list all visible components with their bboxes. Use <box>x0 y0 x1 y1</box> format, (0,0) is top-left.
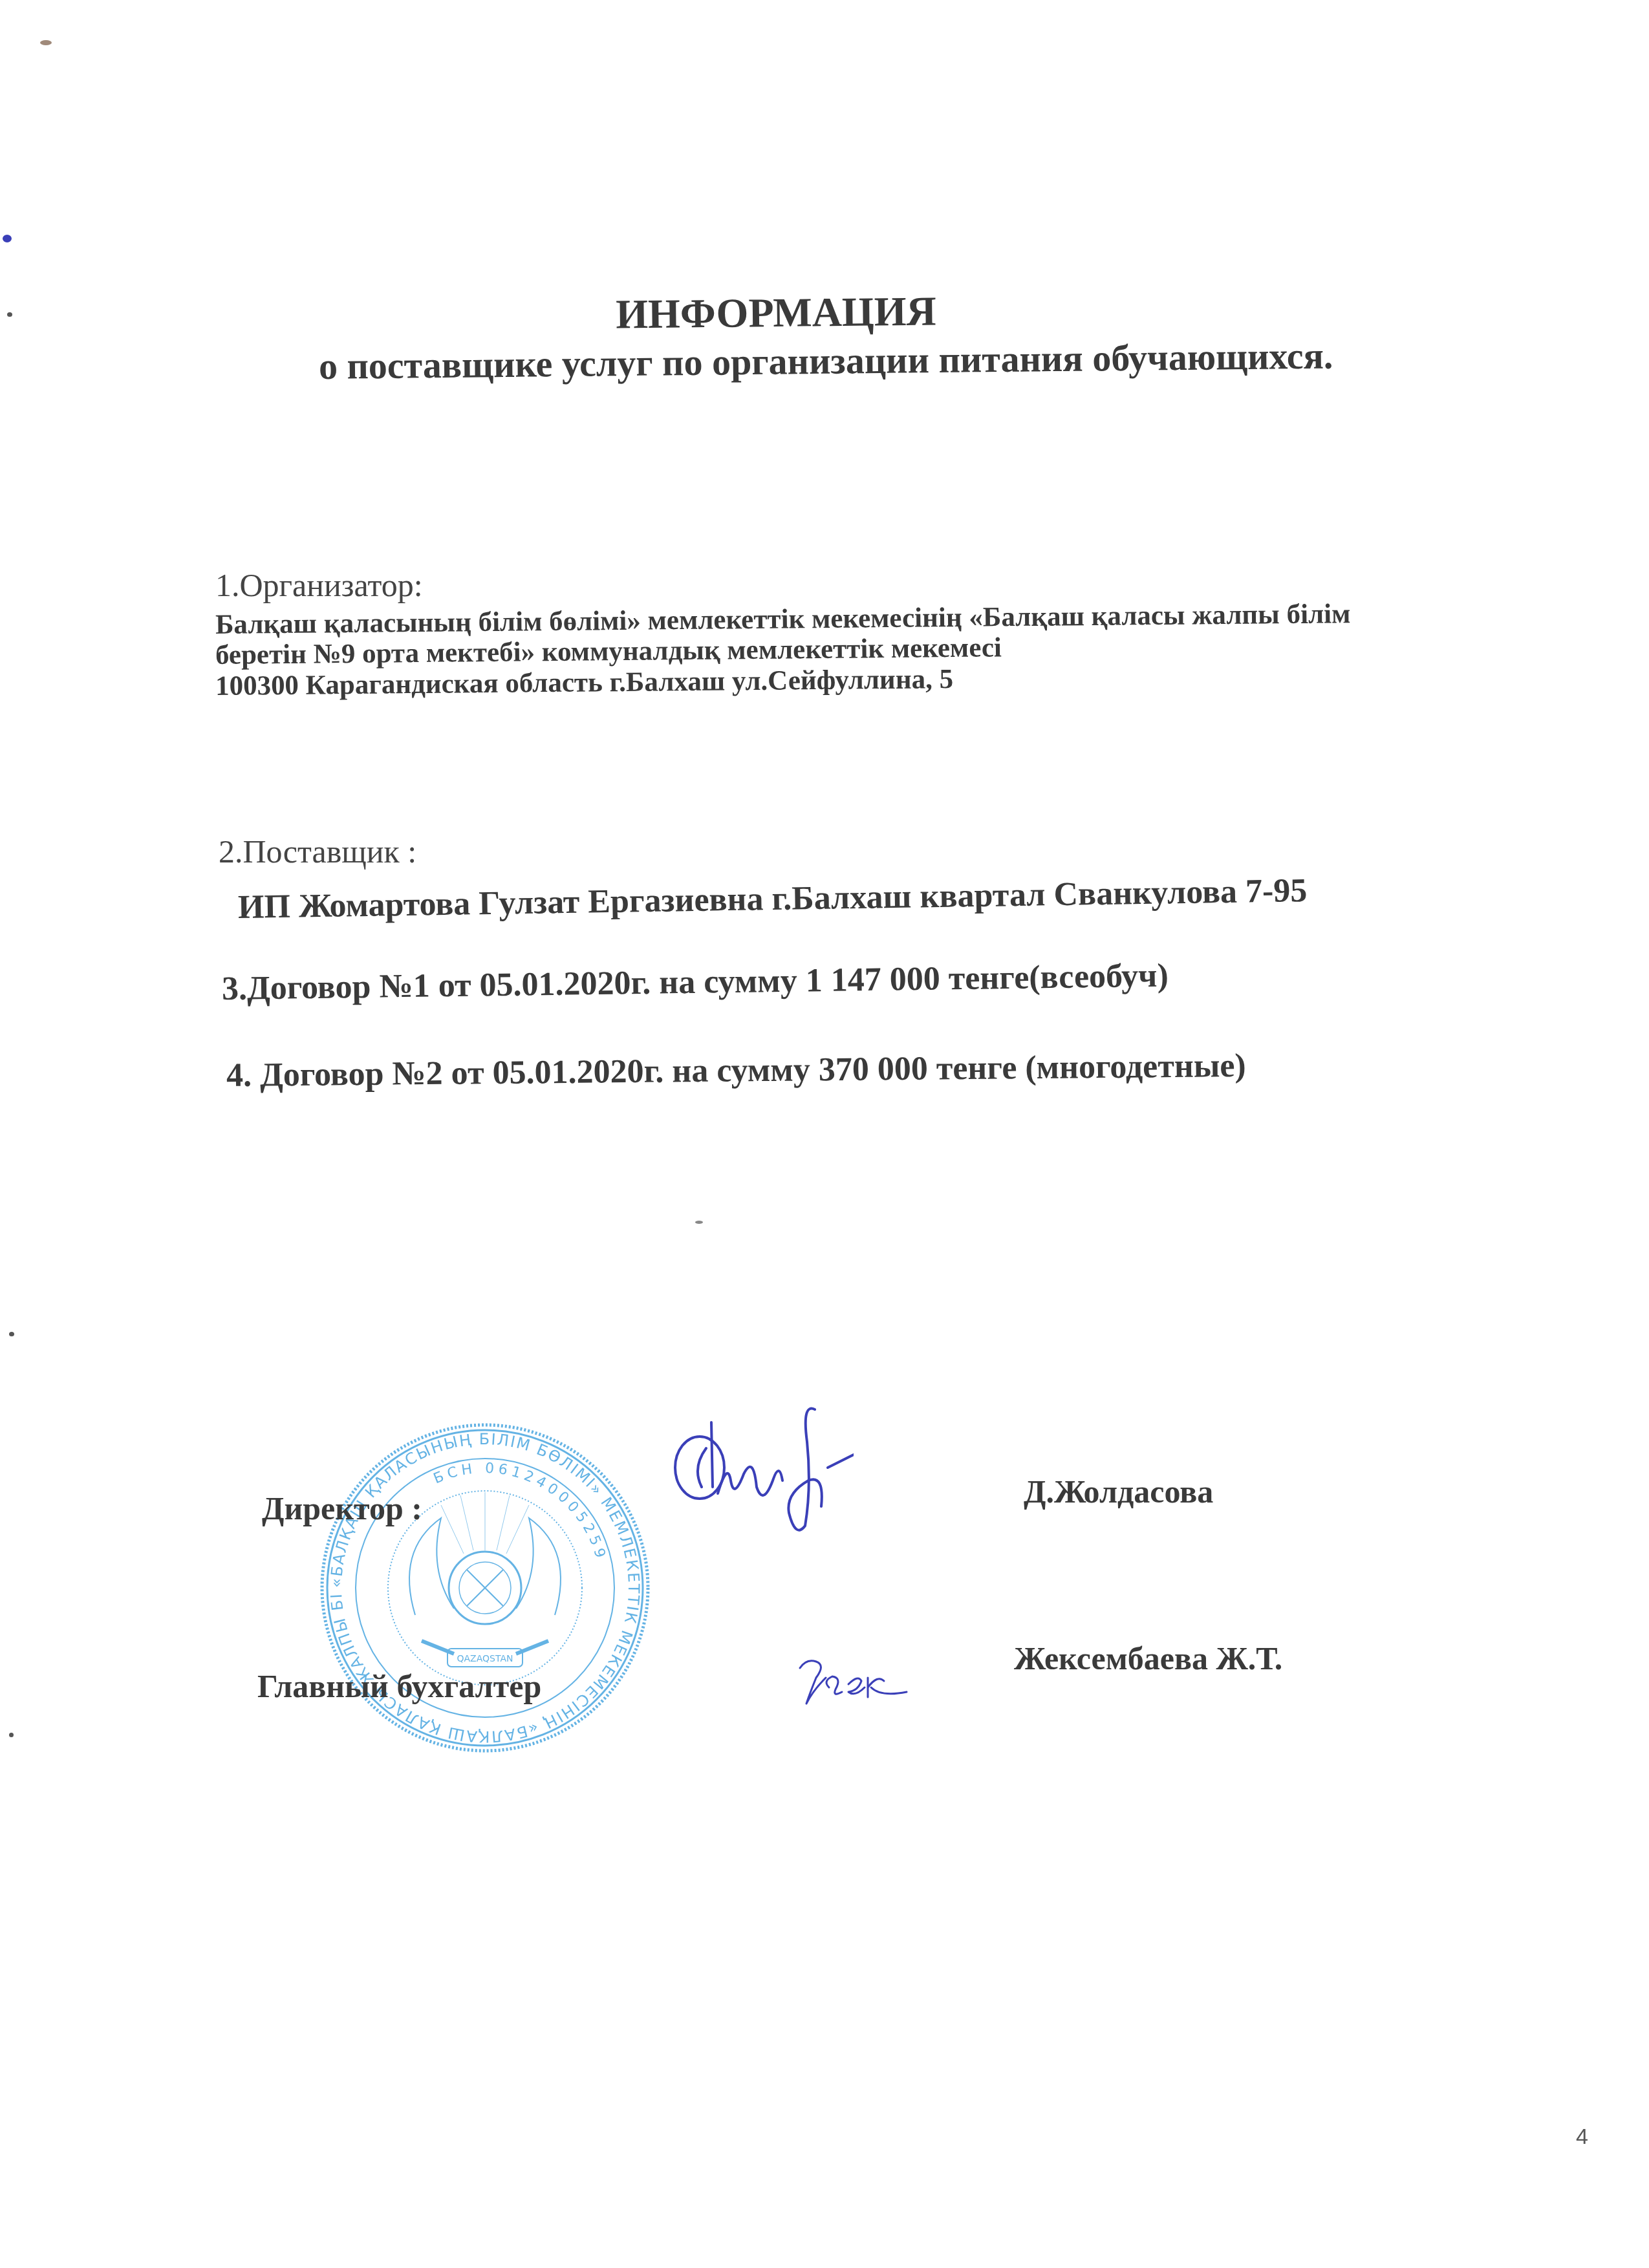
scan-artifact <box>7 312 12 317</box>
organizer-address: 100300 Карагандиская область г.Балхаш ул… <box>215 665 953 700</box>
page-number: 4 <box>1576 2126 1588 2148</box>
document-title: ИНФОРМАЦИЯ <box>0 284 1552 341</box>
scan-artifact <box>40 40 52 45</box>
official-seal-stamp: «БАЛҚАШ ҚАЛАСЫНЫҢ БІЛІМ БӨЛІМІ» МЕМЛЕКЕТ… <box>318 1421 652 1755</box>
contract-1: 3.Договор №1 от 05.01.2020г. на сумму 1 … <box>222 959 1169 1006</box>
director-name: Д.Жолдасова <box>1024 1475 1213 1508</box>
director-role-label: Директор : <box>262 1492 422 1524</box>
document-subtitle: о поставщике услуг по организации питани… <box>319 337 1333 385</box>
contract-2: 4. Договор №2 от 05.01.2020г. на сумму 3… <box>226 1049 1246 1093</box>
accountant-role-label: Главный бухгалтер <box>257 1670 541 1702</box>
organizer-line-1: Балқаш қаласының білім бөлімі» мемлекетт… <box>215 600 1351 639</box>
supplier-label: 2.Поставщик : <box>219 835 416 868</box>
scan-artifact <box>695 1221 703 1224</box>
scan-artifact <box>9 1332 14 1336</box>
accountant-signature <box>797 1652 913 1710</box>
supplier-details: ИП Жомартова Гулзат Ергазиевна г.Балхаш … <box>238 874 1308 925</box>
organizer-label: 1.Организатор: <box>215 569 423 601</box>
scan-artifact <box>9 1733 14 1737</box>
accountant-name: Жексембаева Ж.Т. <box>1014 1642 1282 1674</box>
stamp-emblem-text: QAZAQSTAN <box>457 1654 513 1664</box>
organizer-line-2: беретін №9 орта мектебі» коммуналдық мем… <box>215 634 1002 669</box>
ink-blot <box>3 235 12 242</box>
director-signature <box>666 1403 854 1545</box>
